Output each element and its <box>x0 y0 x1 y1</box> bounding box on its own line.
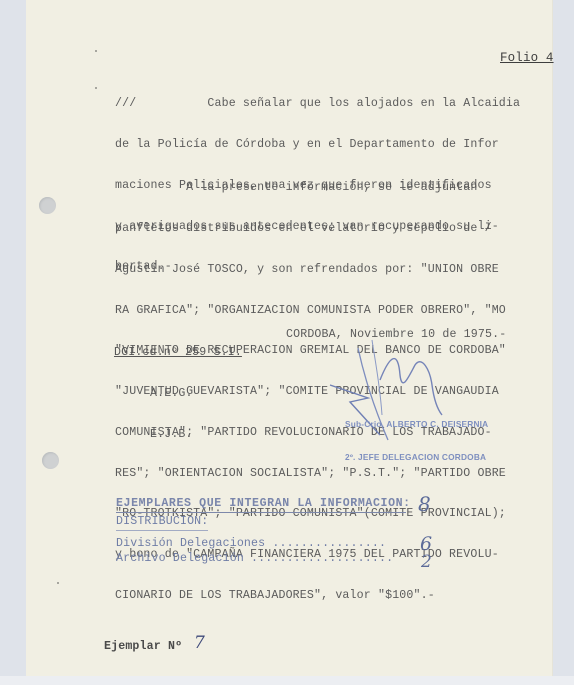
text-line: A la presente información, se le adjunta… <box>115 181 506 195</box>
copy-number: 7 <box>194 633 205 653</box>
reference-code: DGI.cd.nº 259 S.I. <box>114 346 242 360</box>
initials-line: A.E.G. <box>150 387 193 401</box>
initials: A.E.G. E.J.B. <box>150 360 193 455</box>
stamp-name: Sub-Crio. ALBERTO C. DEISERNIA <box>345 419 488 430</box>
text-line: de la Policía de Córdoba y en el Departa… <box>115 138 520 152</box>
label-rule <box>116 530 208 531</box>
text-line: RA GRAFICA"; "ORGANIZACION COMUNISTA POD… <box>115 304 506 318</box>
scan-background <box>0 676 574 685</box>
initials-line: E.J.B. <box>150 428 193 442</box>
folio-number: Folio 4 <box>500 52 554 66</box>
distribution-row: División Delegaciones ................ <box>116 537 386 551</box>
distribution-label: DISTRIBUCION: <box>116 515 208 529</box>
paper-speck <box>95 87 97 89</box>
distribution-header: EJEMPLARES QUE INTEGRAN LA INFORMACION: <box>116 497 411 511</box>
text-line: /// Cabe señalar que los alojados en la … <box>115 97 520 111</box>
header-rule <box>116 512 406 513</box>
header-count: 8 <box>418 492 431 516</box>
punch-hole-bottom <box>42 452 59 469</box>
distribution-row: Archivo Delegación .................... <box>116 552 393 566</box>
text-line: CIONARIO DE LOS TRABAJADORES", valor "$1… <box>115 589 506 603</box>
punch-hole-top <box>39 197 56 214</box>
row-count: 2 <box>421 552 432 572</box>
copy-label: Ejemplar Nº <box>104 640 182 654</box>
paper-speck <box>57 582 59 584</box>
text-line: panfletos distribuidos en el velatorio y… <box>115 222 506 236</box>
text-line: Agustín José TOSCO, y son refrendados po… <box>115 263 506 277</box>
stamp-title: 2º. JEFE DELEGACION CORDOBA <box>345 452 488 463</box>
paper-speck <box>95 50 97 52</box>
official-stamp: Sub-Crio. ALBERTO C. DEISERNIA 2º. JEFE … <box>345 397 488 474</box>
